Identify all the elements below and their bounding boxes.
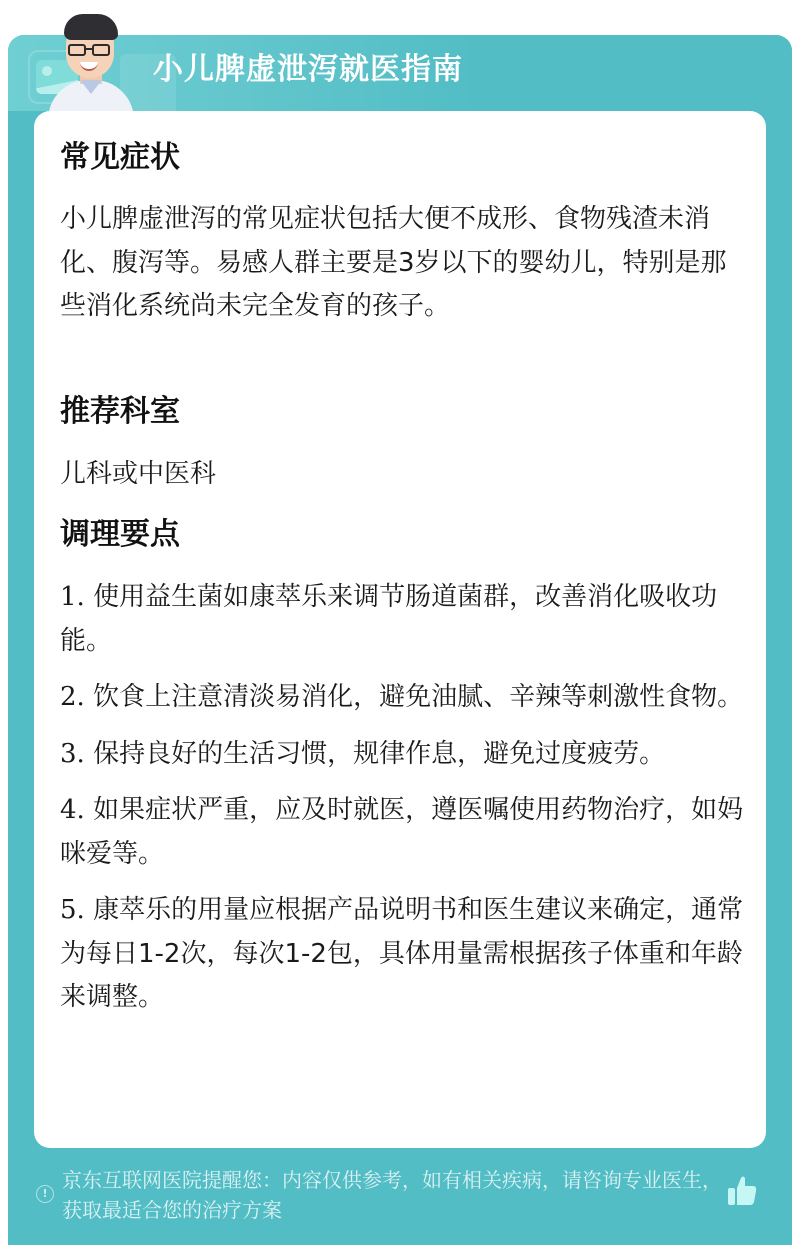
page-title: 小儿脾虚泄泻就医指南 — [153, 50, 463, 90]
care-tip: 1. 使用益生菌如康萃乐来调节肠道菌群，改善消化吸收功能。 — [60, 576, 750, 663]
care-tips-list: 1. 使用益生菌如康萃乐来调节肠道菌群，改善消化吸收功能。 2. 饮食上注意清淡… — [60, 576, 750, 1033]
tip-text: 康萃乐的用量应根据产品说明书和医生建议来确定，通常为每日1-2次，每次1-2包，… — [60, 895, 743, 1012]
disclaimer-text: 京东互联网医院提醒您：内容仅供参考，如有相关疾病，请咨询专业医生，获取最适合您的… — [62, 1165, 732, 1225]
symptoms-heading: 常见症状 — [60, 138, 180, 178]
department-heading: 推荐科室 — [60, 392, 180, 432]
care-tip: 3. 保持良好的生活习惯，规律作息，避免过度疲劳。 — [60, 733, 750, 777]
info-circle-icon: ! — [36, 1185, 54, 1203]
thumbs-up-icon[interactable] — [726, 1175, 758, 1207]
tip-text: 饮食上注意清淡易消化，避免油腻、辛辣等刺激性食物。 — [85, 682, 743, 712]
glasses-lens-right — [92, 44, 110, 56]
tip-number: 4. — [60, 795, 85, 825]
tip-text: 如果症状严重，应及时就医，遵医嘱使用药物治疗，如妈咪爱等。 — [60, 795, 743, 869]
care-tip: 2. 饮食上注意清淡易消化，避免油腻、辛辣等刺激性食物。 — [60, 676, 750, 720]
tip-number: 1. — [60, 582, 85, 612]
department-text: 儿科或中医科 — [60, 453, 750, 497]
care-tip: 4. 如果症状严重，应及时就医，遵医嘱使用药物治疗，如妈咪爱等。 — [60, 789, 750, 876]
tip-text: 保持良好的生活习惯，规律作息，避免过度疲劳。 — [85, 739, 665, 769]
care-tip: 5. 康萃乐的用量应根据产品说明书和医生建议来确定，通常为每日1-2次，每次1-… — [60, 889, 750, 1020]
tip-text: 使用益生菌如康萃乐来调节肠道菌群，改善消化吸收功能。 — [60, 582, 717, 656]
tip-number: 3. — [60, 739, 85, 769]
content-card: 常见症状 小儿脾虚泄泻的常见症状包括大便不成形、食物残渣未消化、腹泻等。易感人群… — [34, 111, 766, 1148]
care-heading: 调理要点 — [60, 515, 180, 555]
glasses-lens-left — [68, 44, 86, 56]
avatar-hair — [64, 14, 118, 40]
symptoms-text: 小儿脾虚泄泻的常见症状包括大便不成形、食物残渣未消化、腹泻等。易感人群主要是3岁… — [60, 198, 750, 329]
avatar-glasses — [68, 44, 112, 56]
tip-number: 5. — [60, 895, 85, 925]
doctor-avatar — [46, 8, 136, 111]
tip-number: 2. — [60, 682, 85, 712]
